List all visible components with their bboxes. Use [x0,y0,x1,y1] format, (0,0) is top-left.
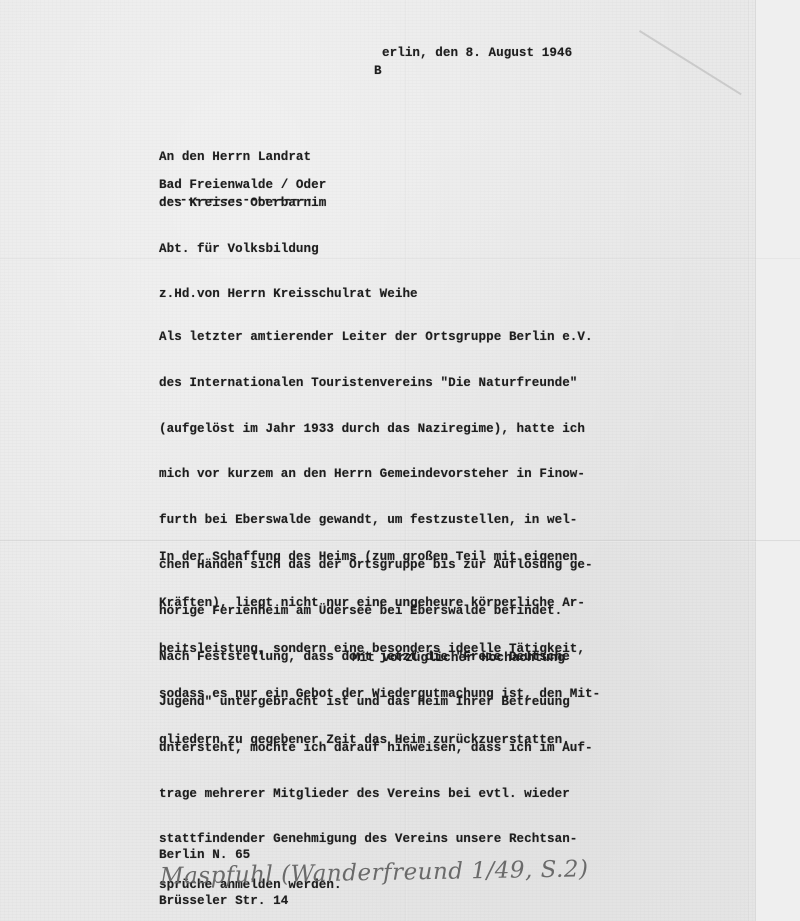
recipient-line: An den Herrn Landrat [159,150,418,165]
body-line: gliedern zu gegebener Zeit das Heim zurü… [159,733,600,748]
date-line: erlin, den 8. August 1946 [382,46,572,61]
body-line: sodass es nur ein Gebot der Wiedergutmac… [159,687,600,702]
recipient-city: Bad Freienwalde / Oder [159,178,326,193]
body-line: Als letzter amtierender Leiter der Ortsg… [159,330,593,345]
closing-salutation: Mit vorzüglicher Hochachtung [352,651,565,666]
body-line: trage mehrerer Mitglieder des Vereins be… [159,787,593,802]
body-line: mich vor kurzem an den Herrn Gemeindevor… [159,467,593,482]
recipient-address: An den Herrn Landrat des Kreises Oberbar… [159,120,418,318]
body-line: (aufgelöst im Jahr 1933 durch das Nazire… [159,422,593,437]
paper-edge-strip [755,0,800,921]
body-line: Kräften), liegt nicht nur eine ungeheure… [159,596,600,611]
body-paragraph-2: In der Schaffung des Heims (zum großen T… [159,520,600,763]
recipient-line: Abt. für Volksbildung [159,242,418,257]
address-underline: ---------------------- [159,193,312,208]
body-line: des Internationalen Touristenvereins "Di… [159,376,593,391]
date-initial: B [374,64,382,79]
sender-line: Brüsseler Str. 14 [159,894,288,909]
body-line: In der Schaffung des Heims (zum großen T… [159,550,600,565]
vertical-fold [748,0,750,921]
